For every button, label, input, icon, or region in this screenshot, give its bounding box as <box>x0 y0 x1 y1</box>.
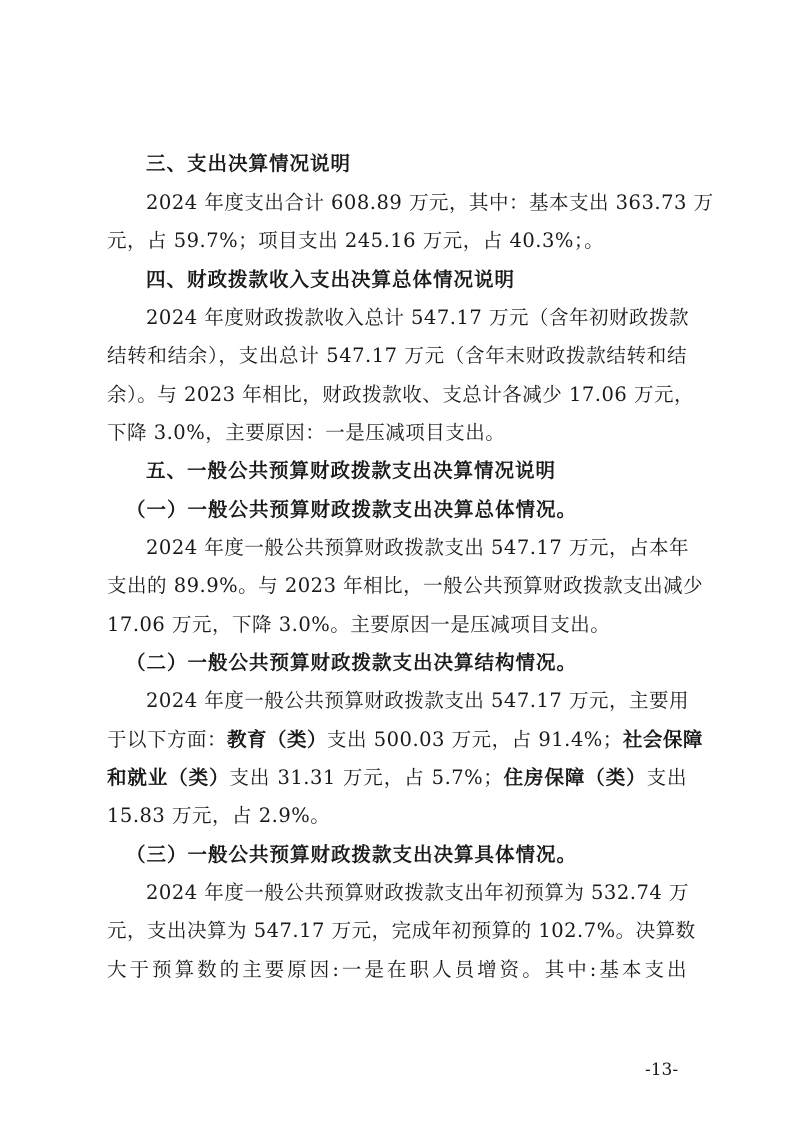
paragraph-line: 2024 年度财政拨款收入总计 547.17 万元（含年初财政拨款 <box>146 303 687 333</box>
text: 支出 31.31 万元，占 5.7%； <box>230 766 504 789</box>
paragraph-line: 下降 3.0%，主要原因：一是压减项目支出。 <box>107 418 687 448</box>
paragraph-line: 结转和结余），支出总计 547.17 万元（含年末财政拨款结转和结 <box>107 341 687 371</box>
paragraph-line: 2024 年度一般公共预算财政拨款支出年初预算为 532.74 万 <box>146 878 687 908</box>
paragraph-line: 元，支出决算为 547.17 万元，完成年初预算的 102.7%。决算数 <box>107 916 687 946</box>
paragraph-line: 余）。与 2023 年相比，财政拨款收、支总计各减少 17.06 万元， <box>107 380 687 410</box>
category-education: 教育（类） <box>227 728 327 751</box>
section-heading-fiscal-appropriation: 四、财政拨款收入支出决算总体情况说明 <box>146 265 687 295</box>
category-social-security-cont: 和就业（类） <box>107 766 230 789</box>
paragraph-line: 17.06 万元，下降 3.0%。主要原因一是压减项目支出。 <box>107 610 687 640</box>
subsection-heading-overall: （一）一般公共预算财政拨款支出决算总体情况。 <box>126 495 706 525</box>
category-housing: 住房保障（类） <box>503 766 646 789</box>
document-page: 三、支出决算情况说明 2024 年度支出合计 608.89 万元，其中：基本支出… <box>0 0 793 1122</box>
paragraph-line: 2024 年度一般公共预算财政拨款支出 547.17 万元，占本年 <box>146 533 687 563</box>
category-social-security: 社会保障 <box>623 728 703 751</box>
paragraph-line: 2024 年度一般公共预算财政拨款支出 547.17 万元，主要用 <box>146 686 687 716</box>
paragraph-line: 15.83 万元，占 2.9%。 <box>107 801 687 831</box>
section-heading-general-budget: 五、一般公共预算财政拨款支出决算情况说明 <box>146 456 687 486</box>
text: 支出 500.03 万元，占 91.4%； <box>327 728 623 751</box>
text: 于以下方面： <box>107 728 227 751</box>
subsection-heading-detail: （三）一般公共预算财政拨款支出决算具体情况。 <box>126 840 706 870</box>
text: 支出 <box>647 766 687 789</box>
paragraph-line: 和就业（类）支出 31.31 万元，占 5.7%；住房保障（类）支出 <box>107 763 687 793</box>
page-number: -13- <box>645 1060 678 1080</box>
section-heading-expenditure: 三、支出决算情况说明 <box>146 149 687 179</box>
paragraph-line: 大于预算数的主要原因:一是在职人员增资。其中:基本支出 <box>107 955 687 985</box>
paragraph-line: 元，占 59.7%；项目支出 245.16 万元，占 40.3%；。 <box>107 226 687 256</box>
subsection-heading-structure: （二）一般公共预算财政拨款支出决算结构情况。 <box>126 648 706 678</box>
paragraph-line: 于以下方面：教育（类）支出 500.03 万元，占 91.4%；社会保障 <box>107 725 687 755</box>
paragraph-line: 2024 年度支出合计 608.89 万元，其中：基本支出 363.73 万 <box>146 188 687 218</box>
paragraph-line: 支出的 89.9%。与 2023 年相比，一般公共预算财政拨款支出减少 <box>107 571 687 601</box>
